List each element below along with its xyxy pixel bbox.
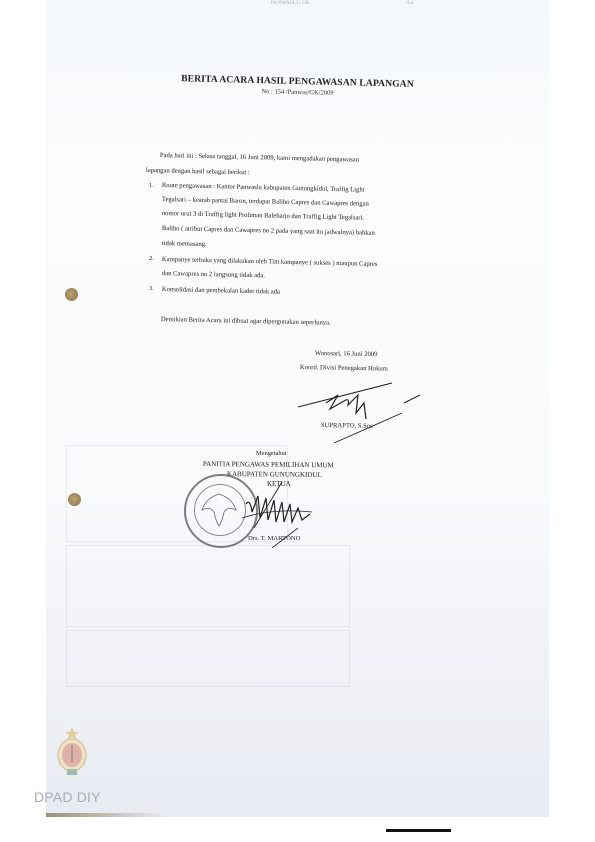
- bottom-rule: [386, 829, 451, 832]
- list-number: 2.: [149, 255, 154, 262]
- list-item-line: tidak memasang.: [162, 240, 207, 248]
- place-date: Wonosari, 16 Juni 2009: [315, 350, 378, 358]
- acknowledged-label: Mengetahui: [256, 450, 287, 457]
- header-page-text: Hal: [406, 1, 413, 6]
- punch-hole: [65, 288, 78, 301]
- signer2-name: Drs. T. MARTONO: [248, 535, 300, 542]
- signature-suprapto: [292, 375, 427, 445]
- list-number: 1.: [149, 182, 154, 189]
- signer1-name: SUPRAPTO, S.Sos: [321, 422, 373, 430]
- list-number: 3.: [149, 285, 154, 292]
- org-line-1: PANITIA PENGAWAS PEMILIHAN UMUM: [203, 460, 334, 469]
- punch-hole: [68, 493, 81, 506]
- yogyakarta-crest-icon: [50, 727, 94, 779]
- watermark-text: DPAD DIY: [34, 789, 101, 805]
- header-stamp-text: PANWASLU GK: [271, 1, 310, 6]
- bleed-through-table: [66, 545, 350, 627]
- bleed-through-table: [66, 630, 350, 687]
- page-edge-shadow: [46, 813, 166, 817]
